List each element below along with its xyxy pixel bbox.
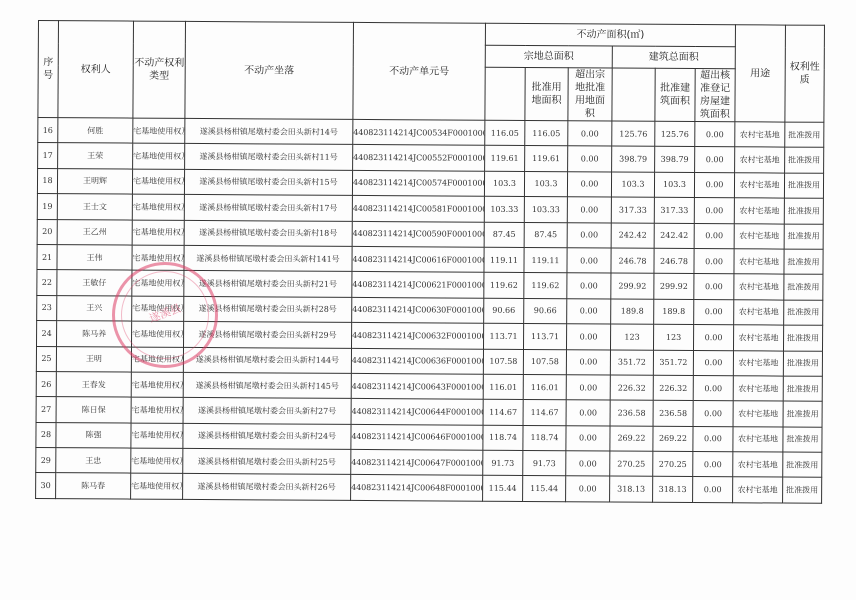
header-building-total-value [612,68,655,121]
header-land-total: 宗地总面积 [485,45,612,68]
row-unit-no: 440823114214JC00648F00010001 [351,475,483,501]
row-building-approved: 269.22 [653,426,693,452]
row-land-excess: 0.00 [566,425,610,451]
row-right-type: 宅基地使用权及房屋所有权 [132,296,184,322]
row-location: 遂溪县杨柑镇尾墩村委会田头新村29号 [184,322,352,348]
row-land-approved: 107.58 [523,349,566,375]
row-holder: 王士文 [57,194,132,220]
row-right-nature: 批准拨用 [783,478,822,504]
row-usage: 农村宅基地 [734,274,784,300]
row-usage: 农村宅基地 [734,223,784,249]
row-holder: 王荣 [58,143,133,169]
row-land-excess: 0.00 [568,121,612,147]
row-land-total: 115.44 [483,476,523,502]
row-usage: 农村宅基地 [733,401,783,427]
row-building-excess: 0.00 [693,426,733,452]
row-right-nature: 批准拨用 [783,351,822,377]
row-land-approved: 119.11 [524,247,567,273]
row-unit-no: 440823114214JC00590F00010001 [352,221,484,247]
row-land-total: 107.58 [483,349,523,375]
row-land-approved: 90.66 [524,298,567,324]
row-building-total: 246.78 [611,248,654,274]
row-holder: 王兴 [57,295,132,321]
row-building-total: 189.8 [611,299,654,325]
row-unit-no: 440823114214JC00636F00010001 [351,348,483,374]
table-row: 30陈马春宅基地使用权及房屋所有权遂溪县杨柑镇尾墩村委会田头新村26号44082… [36,473,822,503]
row-location: 遂溪县杨柑镇尾墩村委会田头新村145号 [183,372,351,398]
row-usage: 农村宅基地 [735,147,785,173]
header-right-type: 不动产权利类型 [133,21,186,118]
row-holder: 王春发 [56,372,131,398]
row-right-nature: 批准拨用 [783,452,822,478]
row-building-excess: 0.00 [693,477,733,503]
property-register-table: 序号 权利人 不动产权利类型 不动产坐落 不动产单元号 不动产面积(㎡) 用途 … [35,20,825,504]
row-location: 遂溪县杨柑镇尾墩村委会田头新村28号 [184,296,352,322]
row-land-total: 90.66 [484,298,524,324]
row-seq: 24 [37,321,57,347]
row-land-approved: 115.44 [523,476,566,502]
row-unit-no: 440823114214JC00643F00010001 [351,373,483,399]
row-holder: 陈日保 [56,397,131,423]
row-right-type: 宅基地使用权及房屋所有权 [131,474,183,500]
row-building-total: 269.22 [610,426,653,452]
row-holder: 陈强 [56,422,131,448]
header-usage: 用途 [735,25,786,122]
row-land-total: 114.67 [483,400,523,426]
row-right-type: 宅基地使用权及房屋所有权 [132,321,184,347]
row-building-approved: 123 [653,324,693,350]
row-right-nature: 批准拨用 [784,249,823,275]
header-holder: 权利人 [58,21,134,118]
row-usage: 农村宅基地 [733,325,783,351]
table-body: 16何胜宅基地使用权及房屋所有权遂溪县杨柑镇尾墩村委会田头新村14号440823… [36,118,824,504]
header-unit-no: 不动产单元号 [353,22,486,120]
row-usage: 农村宅基地 [734,249,784,275]
row-building-excess: 0.00 [694,172,734,198]
row-land-approved: 118.74 [523,425,566,451]
row-holder: 王明辉 [57,168,132,194]
row-building-total: 398.79 [612,146,655,172]
row-building-total: 317.33 [611,197,654,223]
row-building-excess: 0.00 [694,248,734,274]
row-seq: 19 [37,194,57,220]
row-holder: 王乙州 [57,219,132,245]
row-right-type: 宅基地使用权及房屋所有权 [132,169,184,195]
row-land-excess: 0.00 [566,375,610,401]
header-building-approved: 批准建筑面积 [655,68,695,121]
row-seq: 26 [36,371,56,397]
row-land-total: 91.73 [483,450,523,476]
row-land-total: 116.05 [485,120,525,146]
row-building-approved: 318.13 [653,477,693,503]
row-usage: 农村宅基地 [733,350,783,376]
row-seq: 17 [38,143,58,169]
row-building-approved: 226.32 [653,375,693,401]
row-land-approved: 119.62 [524,273,567,299]
row-right-type: 宅基地使用权及房屋所有权 [132,245,184,271]
row-land-excess: 0.00 [567,298,611,324]
row-usage: 农村宅基地 [735,122,785,148]
row-land-total: 118.74 [483,425,523,451]
row-right-nature: 批准拨用 [783,376,822,402]
row-holder: 王忠 [56,448,131,474]
row-seq: 25 [36,346,56,372]
row-unit-no: 440823114214JC00534F00010001 [353,119,485,145]
row-unit-no: 440823114214JC00646F00010001 [351,424,483,450]
row-building-approved: 246.78 [654,248,694,274]
row-building-total: 318.13 [610,476,653,502]
row-building-excess: 0.00 [694,198,734,224]
row-building-excess: 0.00 [694,299,734,325]
row-seq: 23 [37,295,57,321]
row-right-type: 宅基地使用权及房屋所有权 [131,423,183,449]
row-holder: 王敏仔 [57,270,132,296]
row-building-approved: 103.3 [654,172,694,198]
row-right-type: 宅基地使用权及房屋所有权 [133,143,185,169]
row-seq: 21 [37,244,57,270]
row-right-nature: 批准拨用 [784,274,823,300]
row-land-total: 103.3 [484,171,524,197]
row-building-excess: 0.00 [694,274,734,300]
row-building-approved: 398.79 [655,147,695,173]
row-building-excess: 0.00 [693,401,733,427]
row-land-approved: 87.45 [524,222,567,248]
row-land-approved: 103.3 [524,171,567,197]
row-location: 遂溪县杨柑镇尾墩村委会田头新村144号 [183,347,351,373]
row-right-type: 宅基地使用权及房屋所有权 [133,118,185,144]
row-right-nature: 批准拨用 [783,427,822,453]
row-land-total: 119.11 [484,247,524,273]
row-holder: 王明 [56,346,131,372]
document-page: 序号 权利人 不动产权利类型 不动产坐落 不动产单元号 不动产面积(㎡) 用途 … [0,0,856,600]
row-land-excess: 0.00 [566,476,610,502]
row-holder: 陈马春 [56,473,131,499]
row-unit-no: 440823114214JC00644F00010001 [351,399,483,425]
row-building-excess: 0.00 [693,452,733,478]
row-land-approved: 91.73 [523,451,566,477]
row-unit-no: 440823114214JC00621F00010001 [352,272,484,298]
row-right-nature: 批准拨用 [784,198,823,224]
row-usage: 农村宅基地 [733,426,783,452]
row-building-total: 125.76 [612,121,655,147]
row-land-excess: 0.00 [566,349,610,375]
header-location: 不动产坐落 [185,21,354,119]
row-holder: 王伟 [57,245,132,271]
row-right-nature: 批准拨用 [785,122,824,148]
row-right-type: 宅基地使用权及房屋所有权 [131,397,183,423]
row-right-type: 宅基地使用权及房屋所有权 [131,448,183,474]
row-usage: 农村宅基地 [734,173,784,199]
row-location: 遂溪县杨柑镇尾墩村委会田头新村21号 [184,271,352,297]
row-seq: 22 [37,270,57,296]
row-usage: 农村宅基地 [733,477,783,503]
row-land-excess: 0.00 [567,197,611,223]
row-building-total: 123 [610,324,653,350]
row-location: 遂溪县杨柑镇尾墩村委会田头新村141号 [184,245,352,271]
row-land-approved: 119.61 [525,146,568,172]
row-land-approved: 116.01 [523,374,566,400]
row-location: 遂溪县杨柑镇尾墩村委会田头新村15号 [184,169,352,195]
row-location: 遂溪县杨柑镇尾墩村委会田头新村24号 [183,423,351,449]
row-building-excess: 0.00 [695,147,735,173]
table-header: 序号 权利人 不动产权利类型 不动产坐落 不动产单元号 不动产面积(㎡) 用途 … [38,21,825,123]
row-land-excess: 0.00 [566,324,610,350]
row-building-excess: 0.00 [694,223,734,249]
row-land-excess: 0.00 [566,400,610,426]
row-right-nature: 批准拨用 [783,325,822,351]
row-land-excess: 0.00 [567,273,611,299]
row-land-excess: 0.00 [568,146,612,172]
row-holder: 何胜 [58,118,133,144]
row-land-approved: 113.71 [523,324,566,350]
row-usage: 农村宅基地 [734,299,784,325]
row-land-excess: 0.00 [567,222,611,248]
row-seq: 29 [36,448,56,474]
row-right-type: 宅基地使用权及房屋所有权 [132,220,184,246]
row-unit-no: 440823114214JC00581F00010001 [352,196,484,222]
row-seq: 20 [37,219,57,245]
row-building-total: 351.72 [610,350,653,376]
row-land-total: 103.33 [484,196,524,222]
row-seq: 18 [37,168,57,194]
row-land-approved: 116.05 [525,120,568,146]
row-right-type: 宅基地使用权及房屋所有权 [132,194,184,220]
row-building-excess: 0.00 [695,122,735,148]
row-right-nature: 批准拨用 [785,147,824,173]
row-building-total: 299.92 [611,273,654,299]
row-right-nature: 批准拨用 [784,300,823,326]
row-unit-no: 440823114214JC00630F00010001 [352,297,484,323]
row-land-excess: 0.00 [567,172,611,198]
row-right-nature: 批准拨用 [783,401,822,427]
row-location: 遂溪县杨柑镇尾墩村委会田头新村14号 [185,118,353,144]
row-right-type: 宅基地使用权及房屋所有权 [132,270,184,296]
row-building-approved: 236.58 [653,401,693,427]
row-seq: 30 [36,473,56,499]
row-unit-no: 440823114214JC00574F00010001 [352,170,484,196]
row-building-approved: 189.8 [654,299,694,325]
header-land-total-value [485,67,525,120]
row-right-type: 宅基地使用权及房屋所有权 [131,372,183,398]
row-unit-no: 440823114214JC00632F00010001 [352,323,484,349]
row-location: 遂溪县杨柑镇尾墩村委会田头新村26号 [183,474,351,500]
row-location: 遂溪县杨柑镇尾墩村委会田头新村25号 [183,448,351,474]
row-holder: 陈马养 [57,321,132,347]
row-seq: 16 [38,118,58,144]
header-seq: 序号 [38,21,59,118]
row-land-excess: 0.00 [567,248,611,274]
row-location: 遂溪县杨柑镇尾墩村委会田头新村18号 [184,220,352,246]
row-building-total: 236.58 [610,400,653,426]
row-building-approved: 270.25 [653,451,693,477]
row-land-approved: 103.33 [524,197,567,223]
row-building-approved: 299.92 [654,274,694,300]
header-building-total: 建筑总面积 [612,46,735,69]
row-unit-no: 440823114214JC00647F00010001 [351,449,483,475]
row-building-total: 242.42 [611,223,654,249]
row-seq: 27 [36,397,56,423]
row-building-total: 226.32 [610,375,653,401]
header-land-excess: 超出宗地批准用地面积 [568,68,612,121]
row-location: 遂溪县杨柑镇尾墩村委会田头新村17号 [184,195,352,221]
row-building-approved: 317.33 [654,197,694,223]
row-unit-no: 440823114214JC00616F00010001 [352,246,484,272]
row-usage: 农村宅基地 [734,198,784,224]
header-building-excess: 超出核准登记房屋建筑面积 [695,69,735,122]
row-location: 遂溪县杨柑镇尾墩村委会田头新村27号 [183,398,351,424]
row-building-excess: 0.00 [693,325,733,351]
row-right-nature: 批准拨用 [784,224,823,250]
header-land-approved: 批准用地面积 [525,67,568,120]
row-building-excess: 0.00 [693,375,733,401]
row-building-approved: 242.42 [654,223,694,249]
row-land-total: 87.45 [484,222,524,248]
row-right-type: 宅基地使用权及房屋所有权 [131,347,183,373]
row-right-nature: 批准拨用 [784,173,823,199]
row-usage: 农村宅基地 [733,376,783,402]
row-location: 遂溪县杨柑镇尾墩村委会田头新村11号 [185,144,353,170]
header-right-nature: 权利性质 [785,25,825,122]
row-building-excess: 0.00 [693,350,733,376]
row-unit-no: 440823114214JC00552F00010001 [353,145,485,171]
row-building-total: 103.3 [611,172,654,198]
row-land-total: 119.62 [484,273,524,299]
row-land-excess: 0.00 [566,451,610,477]
row-building-approved: 125.76 [655,121,695,147]
row-land-approved: 114.67 [523,400,566,426]
row-building-total: 270.25 [610,451,653,477]
row-building-approved: 351.72 [653,350,693,376]
row-usage: 农村宅基地 [733,452,783,478]
row-land-total: 119.61 [485,146,525,172]
row-seq: 28 [36,422,56,448]
row-land-total: 116.01 [483,374,523,400]
header-area-group: 不动产面积(㎡) [485,23,735,47]
row-land-total: 113.71 [484,323,524,349]
